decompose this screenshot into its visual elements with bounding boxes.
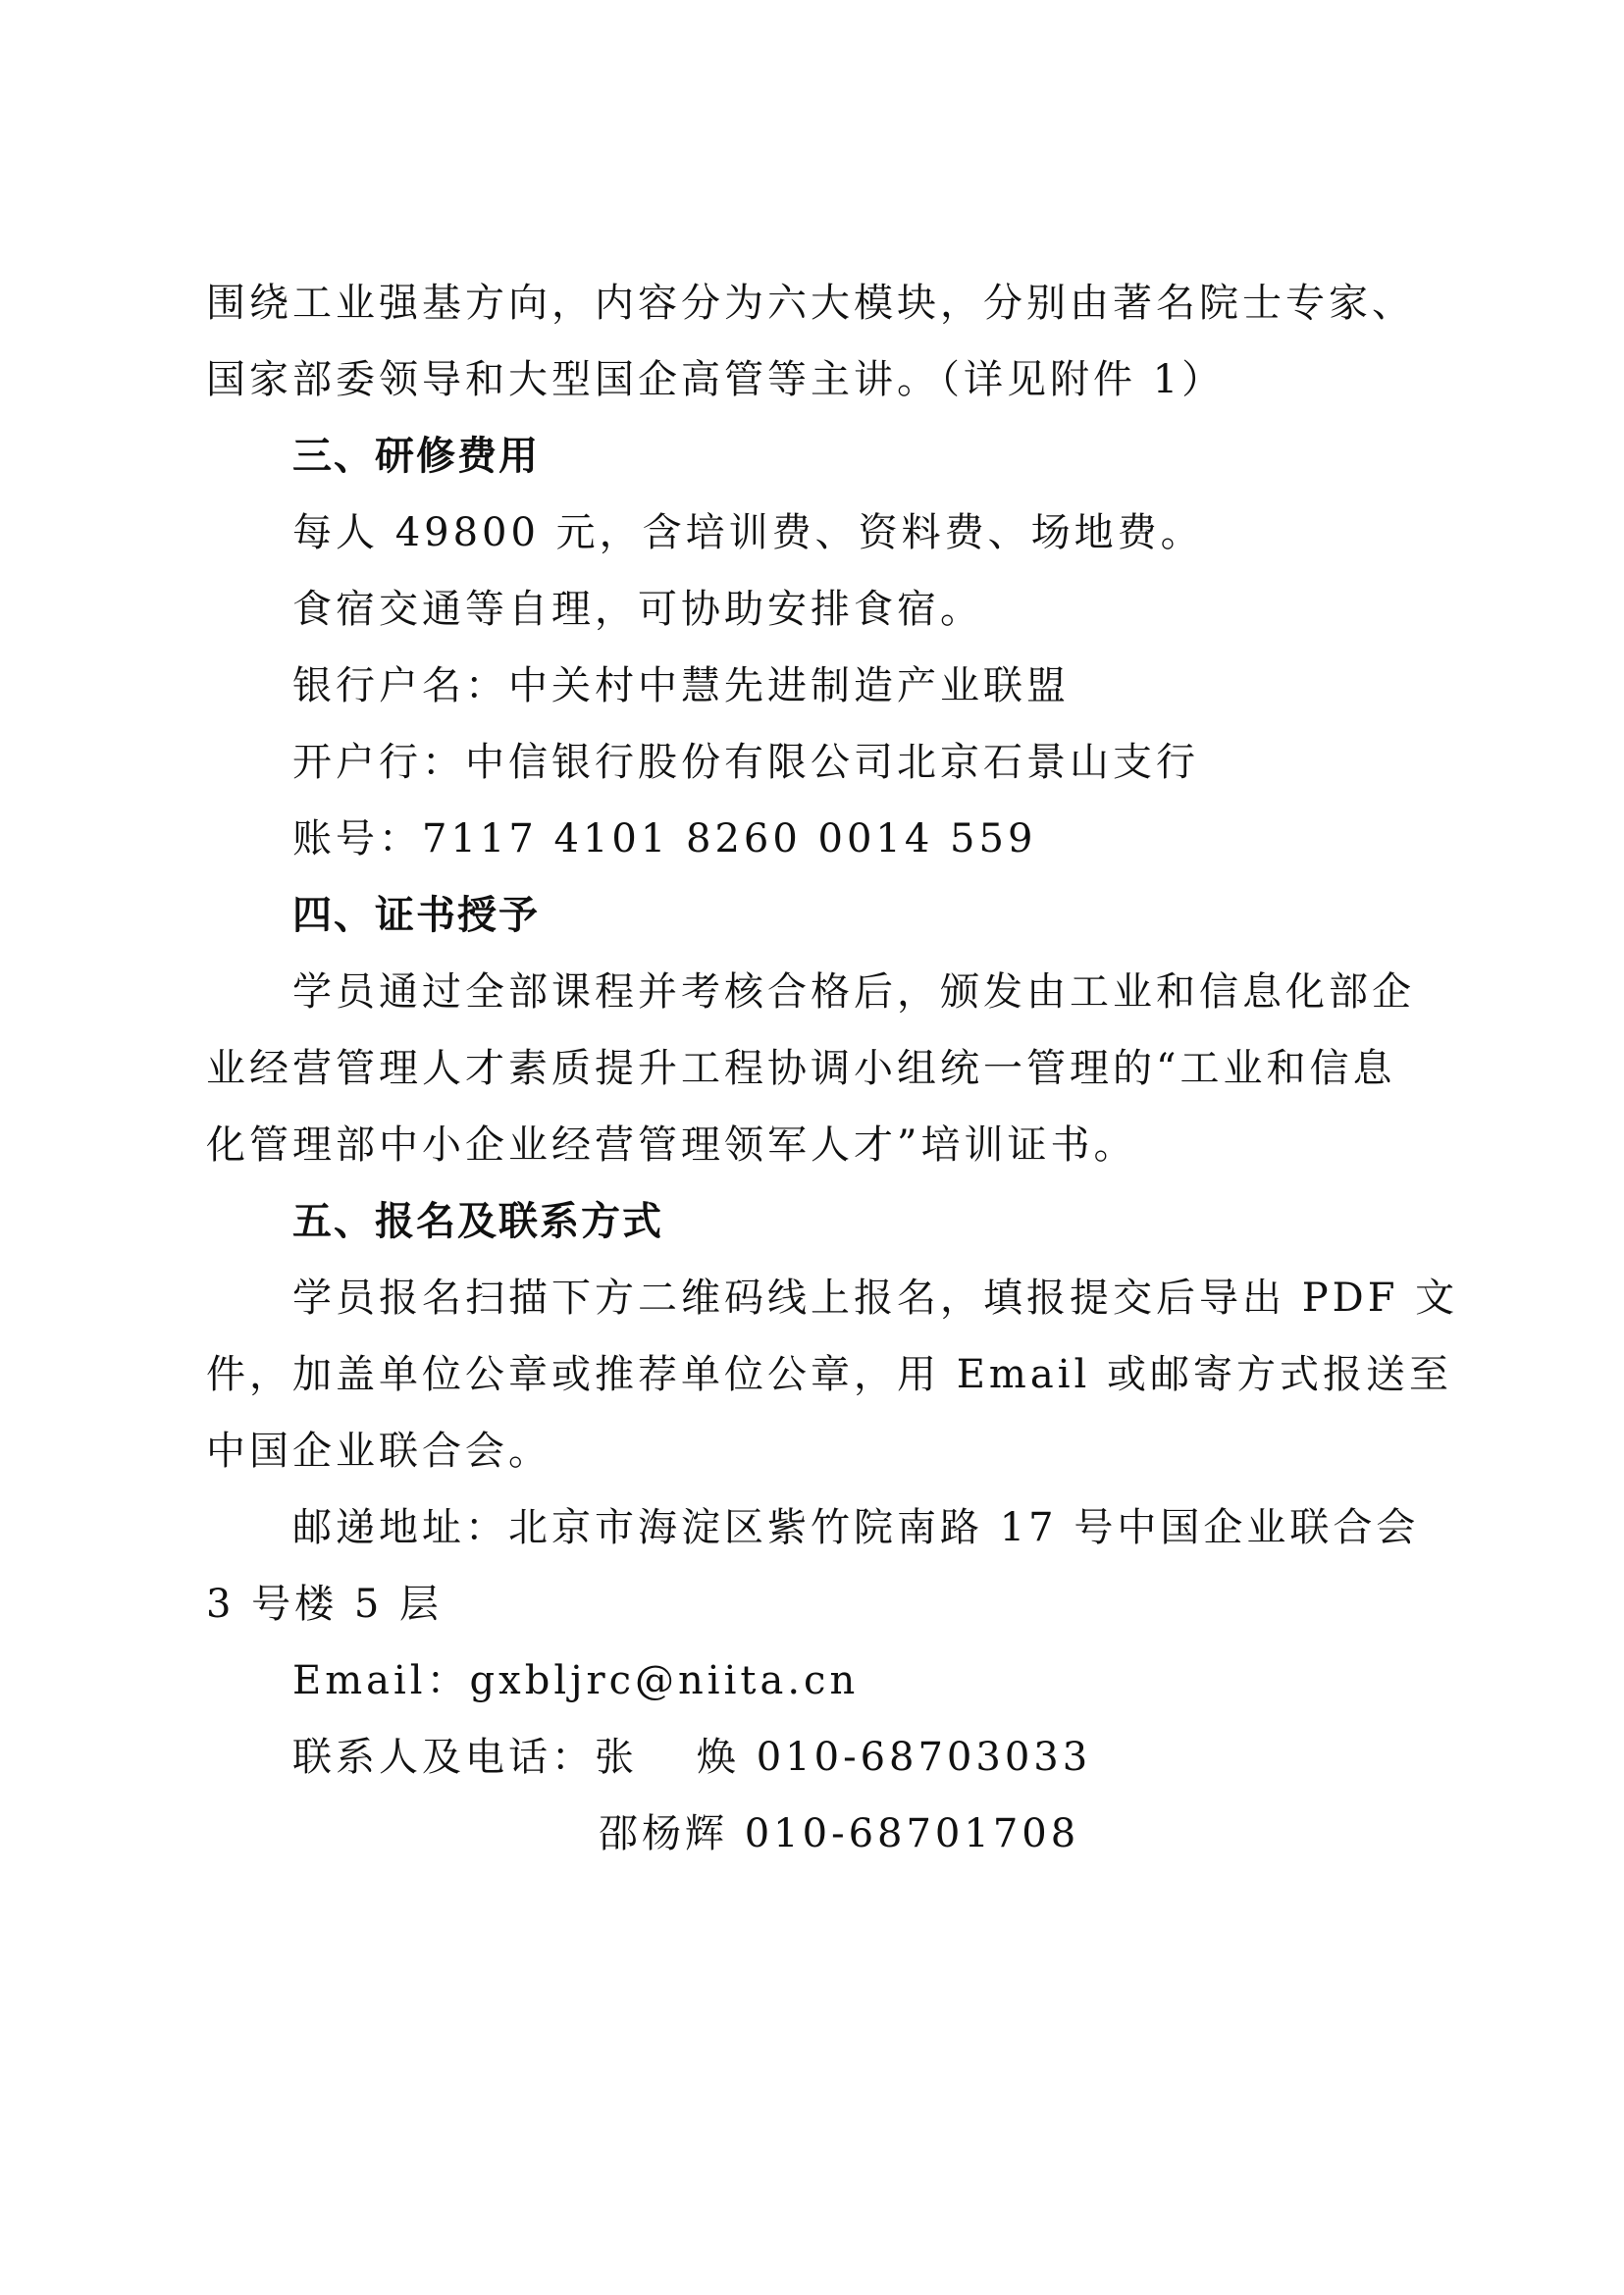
section-5-heading: 五、报名及联系方式 (206, 1183, 1433, 1260)
registration-line-3: 中国企业联合会。 (206, 1413, 1433, 1489)
document-page: 围绕工业强基方向，内容分为六大模块，分别由著名院士专家、 国家部委领导和大型国企… (206, 265, 1433, 1872)
registration-line-2: 件，加盖单位公章或推荐单位公章，用 Email 或邮寄方式报送至 (206, 1336, 1433, 1413)
fee-text: 每人 49800 元，含培训费、资料费、场地费。 (206, 495, 1433, 571)
self-pay-text: 食宿交通等自理，可协助安排食宿。 (206, 571, 1433, 648)
bank-name: 开户行：中信银行股份有限公司北京石景山支行 (206, 724, 1433, 801)
mailing-address-line-2: 3 号楼 5 层 (206, 1566, 1433, 1643)
account-number: 账号：7117 4101 8260 0014 559 (206, 801, 1433, 877)
section-3-heading: 三、研修费用 (206, 418, 1433, 495)
certificate-line-2: 业经营管理人才素质提升工程协调小组统一管理的“工业和信息 (206, 1030, 1433, 1107)
registration-line-1: 学员报名扫描下方二维码线上报名，填报提交后导出 PDF 文 (206, 1260, 1433, 1336)
mailing-address-line-1: 邮递地址：北京市海淀区紫竹院南路 17 号中国企业联合会 (206, 1489, 1433, 1566)
certificate-line-1: 学员通过全部课程并考核合格后，颁发由工业和信息化部企 (206, 954, 1433, 1030)
contact-person-1: 联系人及电话：张焕 010-68703033 (206, 1719, 1433, 1796)
contact-2-phone: 010-68701708 (745, 1811, 1079, 1856)
intro-line-1: 围绕工业强基方向，内容分为六大模块，分别由著名院士专家、 (206, 265, 1433, 341)
contact-1-surname: 张 (595, 1735, 638, 1780)
contact-person-2: 邵杨辉 010-68701708 (206, 1796, 1433, 1872)
intro-line-2: 国家部委领导和大型国企高管等主讲。（详见附件 1） (206, 341, 1433, 418)
contact-email[interactable]: Email：gxbljrc@niita.cn (206, 1643, 1433, 1719)
contact-1-phone: 010-68703033 (757, 1735, 1091, 1780)
contact-2-name: 邵杨辉 (599, 1811, 728, 1856)
section-4-heading: 四、证书授予 (206, 877, 1433, 954)
certificate-line-3: 化管理部中小企业经营管理领军人才”培训证书。 (206, 1107, 1433, 1183)
bank-account-name: 银行户名：中关村中慧先进制造产业联盟 (206, 648, 1433, 724)
contacts-label: 联系人及电话： (292, 1735, 595, 1780)
contact-1-given-name: 焕 (697, 1735, 740, 1780)
